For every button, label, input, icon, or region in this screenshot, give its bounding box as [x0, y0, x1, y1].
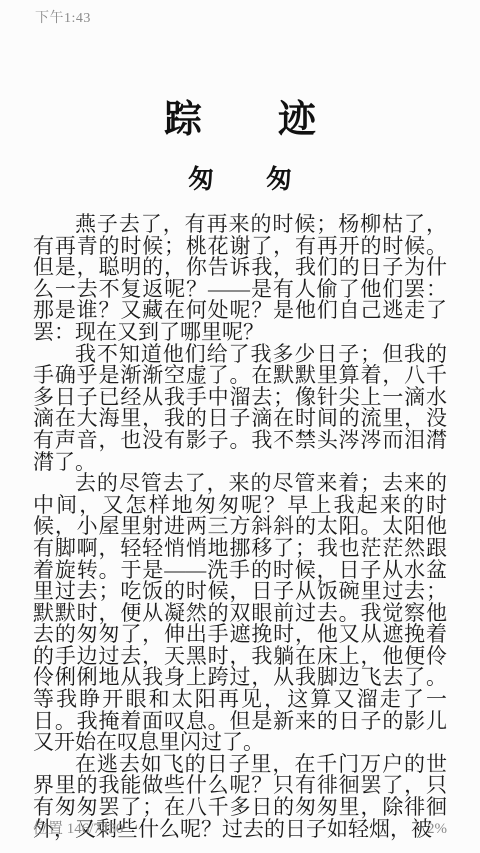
status-time: 下午1:43 [35, 7, 91, 27]
status-bar: 下午1:43 [0, 0, 480, 30]
paragraph: 燕子去了，有再来的时候；杨柳枯了，有再青的时候；桃花谢了，有再开的时候。但是，聪… [33, 214, 447, 344]
reading-progress: 2% [427, 821, 447, 838]
paragraph: 我不知道他们给了我多少日子；但我的手确乎是渐渐空虚了。在默默里算着，八千多日子已… [33, 344, 447, 474]
reading-location: 位置 146/7430 [33, 817, 123, 838]
chapter-body: 燕子去了，有再来的时候；杨柳枯了，有再青的时候；桃花谢了，有再开的时候。但是，聪… [33, 214, 447, 840]
paragraph: 去的尽管去了，来的尽管来着；去来的中间，又怎样地匆匆呢？早上我起来的时候，小屋里… [33, 473, 447, 754]
footer-bar: 位置 146/7430 2% [33, 820, 447, 838]
reader-page[interactable]: 下午1:43 踪 迹 匆 匆 燕子去了，有再来的时候；杨柳枯了，有再青的时候；桃… [0, 0, 480, 853]
chapter-title: 匆 匆 [0, 159, 480, 196]
book-title: 踪 迹 [0, 88, 480, 143]
